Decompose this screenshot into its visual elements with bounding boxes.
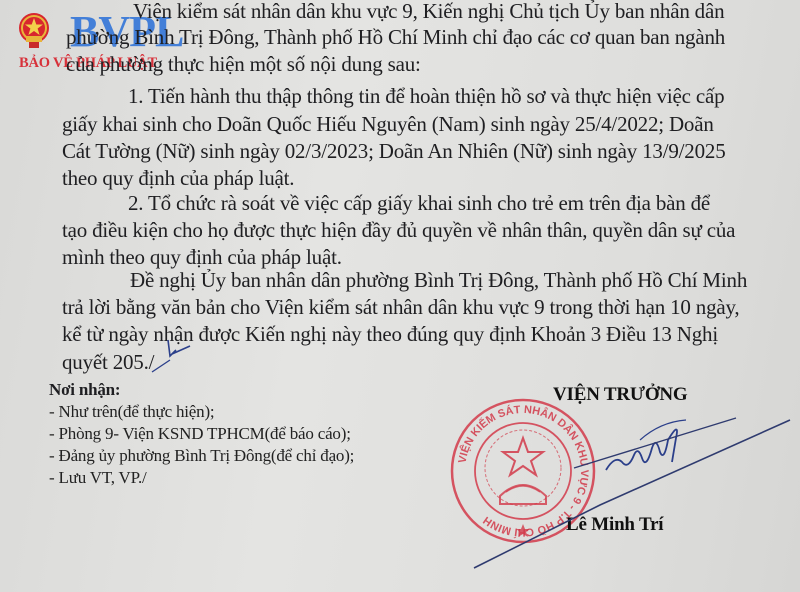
recipients-title: Nơi nhận: [49, 380, 120, 400]
item1-line-3: Cát Tường (Nữ) sinh ngày 02/3/2023; Doãn… [62, 139, 726, 164]
request-line-1: Đề nghị Ủy ban nhân dân phường Bình Trị … [130, 268, 747, 293]
recipient-item: - Phòng 9- Viện KSND TPHCM(để báo cáo); [49, 424, 351, 444]
item1-line-1: 1. Tiến hành thu thập thông tin để hoàn … [128, 84, 724, 109]
signature-title: VIỆN TRƯỞNG [553, 384, 688, 406]
intro-line-1: Viện kiểm sát nhân dân khu vực 9, Kiến n… [133, 0, 724, 24]
request-line-2: trả lời bằng văn bản cho Viện kiểm sát n… [62, 295, 739, 320]
document-page: BVPL BẢO VỆ PHÁP LUẬT Viện kiểm sát nhân… [0, 0, 800, 592]
item2-line-1: 2. Tổ chức rà soát về việc cấp giấy khai… [128, 191, 710, 216]
signer-name: Lê Minh Trí [566, 514, 663, 536]
request-line-3: kể từ ngày nhận được Kiến nghị này theo … [62, 322, 718, 347]
recipient-item: - Lưu VT, VP./ [49, 468, 147, 488]
request-line-4: quyết 205./ [62, 350, 154, 375]
item1-line-2: giấy khai sinh cho Doãn Quốc Hiếu Nguyên… [62, 112, 714, 137]
intro-line-2: phường Bình Trị Đông, Thành phố Hồ Chí M… [66, 25, 725, 50]
item2-line-2: tạo điều kiện cho họ được thực hiện đầy … [62, 218, 735, 243]
recipient-item: - Đảng ủy phường Bình Trị Đông(để chỉ đạ… [49, 446, 354, 466]
recipient-item: - Như trên(để thực hiện); [49, 402, 214, 422]
item1-line-4: theo quy định của pháp luật. [62, 166, 294, 191]
item2-line-3: mình theo quy định của pháp luật. [62, 245, 342, 270]
national-emblem-icon [17, 12, 51, 52]
intro-line-3: của phường thực hiện một số nội dung sau… [66, 52, 421, 77]
